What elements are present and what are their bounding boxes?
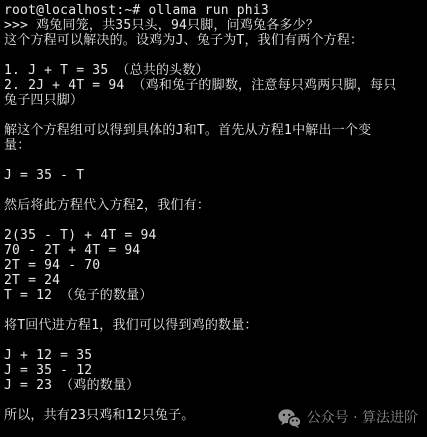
terminal-line [4, 303, 423, 318]
shell-prompt-line: root@localhost:~# ollama run phi3 [4, 3, 423, 18]
terminal-line [4, 153, 423, 168]
wechat-icon [278, 409, 301, 428]
terminal-line [4, 108, 423, 123]
user-question-line: >>> 鸡兔同笼，共35只头，94只脚，问鸡兔各多少？ [4, 18, 423, 33]
equation-line: J + 12 = 35 [4, 348, 423, 363]
watermark: 公众号 · 算法进阶 [278, 409, 418, 428]
terminal-line [4, 213, 423, 228]
watermark-label: 公众号 · 算法进阶 [307, 411, 418, 426]
equation-line: 2T = 24 [4, 273, 423, 288]
terminal-line: 然后将此方程代入方程2，我们有： [4, 198, 423, 213]
equation-line: J = 23 （鸡的数量） [4, 378, 423, 393]
terminal-line [4, 393, 423, 408]
terminal-line: 解这个方程组可以得到具体的J和T。首先从方程1中解出一个变 [4, 123, 423, 138]
equation-line: J = 35 - T [4, 168, 423, 183]
equation-line: 2. 2J + 4T = 94 （鸡和兔子的脚数，注意每只鸡两只脚，每只 [4, 78, 423, 93]
terminal-line: 将T回代进方程1，我们可以得到鸡的数量： [4, 318, 423, 333]
equation-line: J = 35 - 12 [4, 363, 423, 378]
terminal-window[interactable]: root@localhost:~# ollama run phi3 >>> 鸡兔… [0, 0, 427, 437]
equation-line: 1. J + T = 35 （总共的头数） [4, 63, 423, 78]
equation-line: T = 12 （兔子的数量） [4, 288, 423, 303]
equation-line: 兔子四只脚） [4, 93, 423, 108]
terminal-line [4, 333, 423, 348]
equation-line: 70 - 2T + 4T = 94 [4, 243, 423, 258]
terminal-line [4, 48, 423, 63]
terminal-line: 量： [4, 138, 423, 153]
equation-line: 2(35 - T) + 4T = 94 [4, 228, 423, 243]
equation-line: 2T = 94 - 70 [4, 258, 423, 273]
terminal-line [4, 183, 423, 198]
terminal-line: 这个方程可以解决的。设鸡为J、兔子为T，我们有两个方程： [4, 33, 423, 48]
